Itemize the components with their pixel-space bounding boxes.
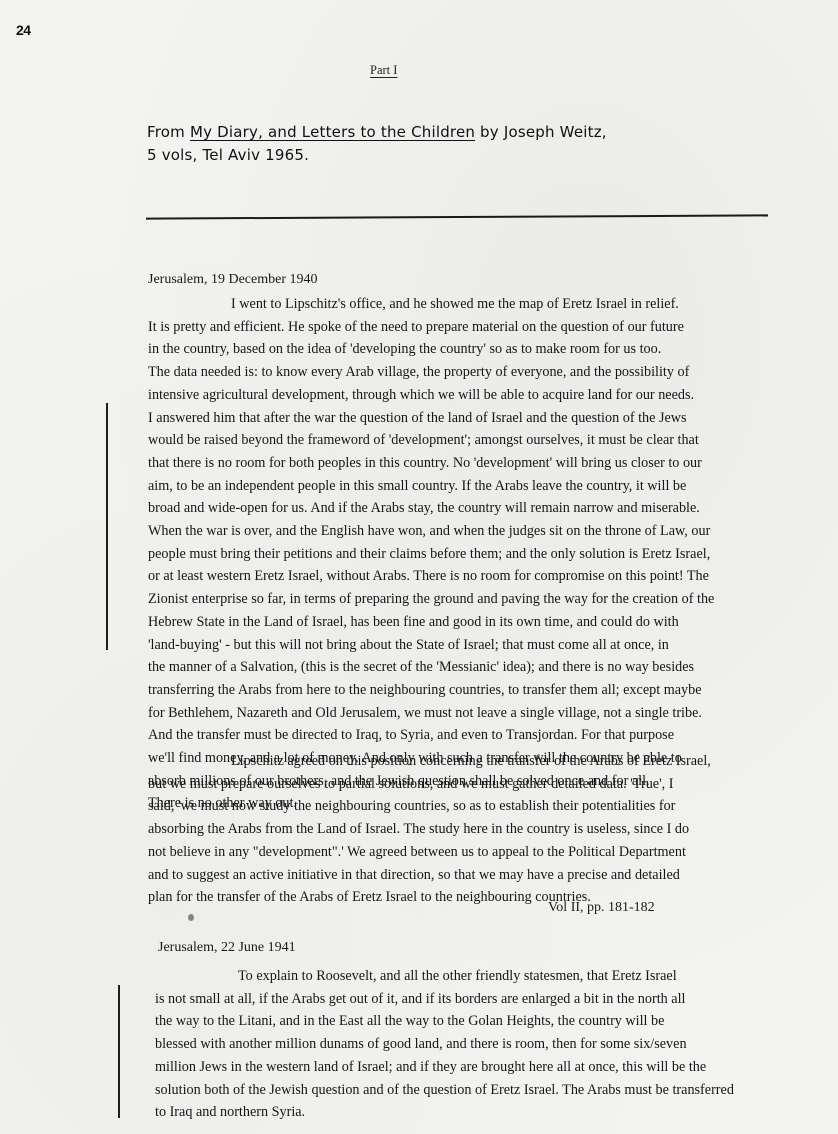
heading-divider-rule [146, 214, 768, 219]
source-citation-heading: From My Diary, and Letters to the Childr… [147, 121, 787, 167]
paragraph-line: solution both of the Jewish question and… [155, 1079, 815, 1102]
part-heading: Part I [370, 63, 397, 78]
paragraph-line: in the country, based on the idea of 'de… [148, 338, 808, 361]
paragraph-line: plan for the transfer of the Arabs of Er… [148, 886, 808, 909]
paragraph-line: intensive agricultural development, thro… [148, 384, 808, 407]
paragraph-line: Lipschitz agreed on this position concer… [148, 750, 808, 773]
paragraph-line: to Iraq and northern Syria. [155, 1101, 815, 1124]
paragraph-line: Zionist enterprise so far, in terms of p… [148, 588, 808, 611]
source-prefix: From [147, 123, 190, 141]
source-author: by Joseph Weitz, [475, 123, 607, 141]
paragraph-line: is not small at all, if the Arabs get ou… [155, 988, 815, 1011]
source-publication: 5 vols, Tel Aviv 1965. [147, 146, 309, 164]
paragraph-line: To explain to Roosevelt, and all the oth… [155, 965, 815, 988]
diary-paragraph: To explain to Roosevelt, and all the oth… [155, 965, 815, 1124]
paragraph-line: that there is no room for both peoples i… [148, 452, 808, 475]
paragraph-line: Hebrew State in the Land of Israel, has … [148, 611, 808, 634]
paragraph-line: the manner of a Salvation, (this is the … [148, 656, 808, 679]
paragraph-line: I answered him that after the war the qu… [148, 407, 808, 430]
margin-marker-line [106, 403, 108, 650]
scan-speck [188, 914, 194, 921]
volume-page-citation: Vol II, pp. 181-182 [548, 900, 655, 916]
paragraph-line: people must bring their petitions and th… [148, 543, 808, 566]
paragraph-line: It is pretty and efficient. He spoke of … [148, 316, 808, 339]
paragraph-line: million Jews in the western land of Isra… [155, 1056, 815, 1079]
paragraph-line: When the war is over, and the English ha… [148, 520, 808, 543]
paragraph-line: or at least western Eretz Israel, withou… [148, 565, 808, 588]
paragraph-line: aim, to be an independent people in this… [148, 475, 808, 498]
paragraph-line: would be raised beyond the frameword of … [148, 429, 808, 452]
paragraph-line: said, 'we must now study the neighbourin… [148, 795, 808, 818]
paragraph-line: broad and wide-open for us. And if the A… [148, 497, 808, 520]
paragraph-line: for Bethlehem, Nazareth and Old Jerusale… [148, 702, 808, 725]
paragraph-line: and to suggest an active initiative in t… [148, 864, 808, 887]
paragraph-line: blessed with another million dunams of g… [155, 1033, 815, 1056]
margin-marker-line [118, 985, 120, 1118]
diary-paragraph: I went to Lipschitz's office, and he sho… [148, 293, 808, 815]
paragraph-line: transferring the Arabs from here to the … [148, 679, 808, 702]
paragraph-line: not believe in any "development".' We ag… [148, 841, 808, 864]
paragraph-line: And the transfer must be directed to Ira… [148, 724, 808, 747]
page-number: 24 [16, 22, 31, 38]
entry-date: Jerusalem, 19 December 1940 [148, 272, 318, 288]
diary-paragraph: Lipschitz agreed on this position concer… [148, 750, 808, 909]
entry-date: Jerusalem, 22 June 1941 [158, 940, 296, 956]
paragraph-line: but we must prepare ourselves to partial… [148, 773, 808, 796]
paragraph-line: The data needed is: to know every Arab v… [148, 361, 808, 384]
paragraph-line: 'land-buying' - but this will not bring … [148, 634, 808, 657]
paragraph-line: the way to the Litani, and in the East a… [155, 1010, 815, 1033]
document-page: 24 Part I From My Diary, and Letters to … [0, 0, 838, 1134]
source-work-title: My Diary, and Letters to the Children [190, 123, 475, 141]
paragraph-line: absorbing the Arabs from the Land of Isr… [148, 818, 808, 841]
paragraph-line: I went to Lipschitz's office, and he sho… [148, 293, 808, 316]
